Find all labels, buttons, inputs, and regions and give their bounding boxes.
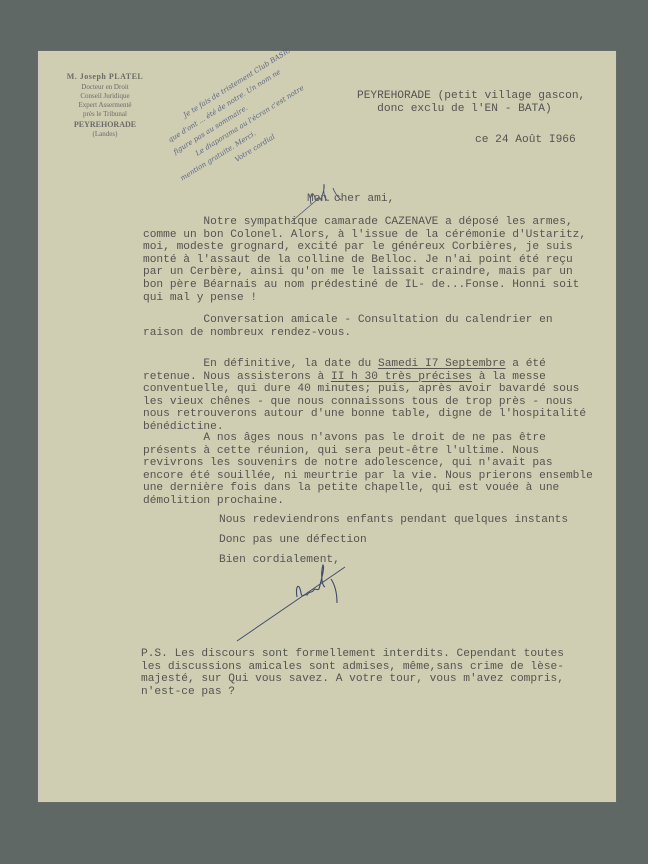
paragraph-1: Notre sympathique camarade CAZENAVE a dé… bbox=[143, 216, 586, 304]
text-line: monté à l'assaut de la colline de Belloc… bbox=[143, 254, 573, 266]
greeting: Mon cher ami, bbox=[307, 193, 394, 206]
text-fragment: à la messe bbox=[472, 371, 546, 383]
postscript-line: majesté, sur Qui vous savez. A votre tou… bbox=[141, 673, 564, 685]
text-line: bon père Béarnais au nom prédestiné de I… bbox=[143, 279, 579, 291]
letter-paper: M. Joseph PLATEL Docteur en Droit Consei… bbox=[38, 51, 616, 802]
text-line: qui mal y pense ! bbox=[143, 292, 257, 304]
text-fragment: En définitive, la date du bbox=[143, 358, 378, 370]
signature-icon bbox=[235, 557, 365, 647]
text-line: Notre sympathique camarade CAZENAVE a dé… bbox=[143, 216, 573, 228]
text-line: présents à cette réunion, qui sera peut-… bbox=[143, 445, 539, 457]
letter-date: ce 24 Août I966 bbox=[475, 134, 576, 147]
postscript-line: P.S. Les discours sont formellement inte… bbox=[141, 648, 564, 660]
closing-line: Donc pas une défection bbox=[219, 534, 367, 546]
text-line: nous retrouverons autour d'une bonne tab… bbox=[143, 408, 586, 420]
letterhead-city-name: PEYREHORADE bbox=[74, 120, 136, 129]
place-header: PEYREHORADE (petit village gascon, donc … bbox=[357, 90, 585, 115]
text-line: conventuelle, qui dure 40 minutes; puis,… bbox=[143, 383, 579, 395]
text-line: les vieux chênes - que nous connaissons … bbox=[143, 396, 573, 408]
text-line: une dernière fois dans la petite chapell… bbox=[143, 482, 559, 494]
paragraph-2: Conversation amicale - Consultation du c… bbox=[143, 314, 553, 339]
letterhead-city: PEYREHORADE (Landes) bbox=[61, 120, 149, 139]
underlined-time: II h 30 très précises bbox=[331, 371, 472, 383]
paragraph-4: A nos âges nous n'avons pas le droit de … bbox=[143, 432, 593, 508]
place-line: PEYREHORADE (petit village gascon, bbox=[357, 90, 585, 102]
text-line: démolition prochaine. bbox=[143, 495, 284, 507]
text-line: moi, modeste grognard, excité par le gén… bbox=[143, 241, 573, 253]
underlined-date: Samedi I7 Septembre bbox=[378, 358, 506, 370]
text-line: A nos âges nous n'avons pas le droit de … bbox=[143, 432, 546, 444]
letterhead-name: M. Joseph PLATEL bbox=[61, 72, 149, 81]
letterhead-line: Expert Assermenté bbox=[61, 101, 149, 110]
letterhead: M. Joseph PLATEL Docteur en Droit Consei… bbox=[61, 72, 149, 139]
text-line: encore été souillée, ni meurtrie par la … bbox=[143, 470, 593, 482]
text-line: par un Cerbère, ainsi qu'on me le laissa… bbox=[143, 266, 573, 278]
text-line: comme un bon Colonel. Alors, à l'issue d… bbox=[143, 229, 586, 241]
paragraph-3: En définitive, la date du Samedi I7 Sept… bbox=[143, 358, 586, 434]
text-line: revivrons les souvenirs de notre adolesc… bbox=[143, 457, 553, 469]
text-line: Conversation amicale - Consultation du c… bbox=[143, 314, 553, 326]
text-line: raison de nombreux rendez-vous. bbox=[143, 327, 351, 339]
postscript-line: les discussions amicales sont admises, m… bbox=[141, 661, 564, 673]
postscript: P.S. Les discours sont formellement inte… bbox=[141, 648, 564, 698]
postscript-line: n'est-ce pas ? bbox=[141, 686, 235, 698]
closing-line: Nous redeviendrons enfants pendant quelq… bbox=[219, 514, 568, 526]
place-line: donc exclu de l'EN - BATA) bbox=[357, 103, 552, 115]
letterhead-line: Conseil Juridique bbox=[61, 92, 149, 101]
letterhead-department: (Landes) bbox=[93, 130, 118, 138]
text-fragment: a été bbox=[506, 358, 546, 370]
letterhead-line: Docteur en Droit bbox=[61, 83, 149, 92]
text-fragment: retenue. Nous assisterons à bbox=[143, 371, 331, 383]
letterhead-line: près le Tribunal bbox=[61, 110, 149, 119]
